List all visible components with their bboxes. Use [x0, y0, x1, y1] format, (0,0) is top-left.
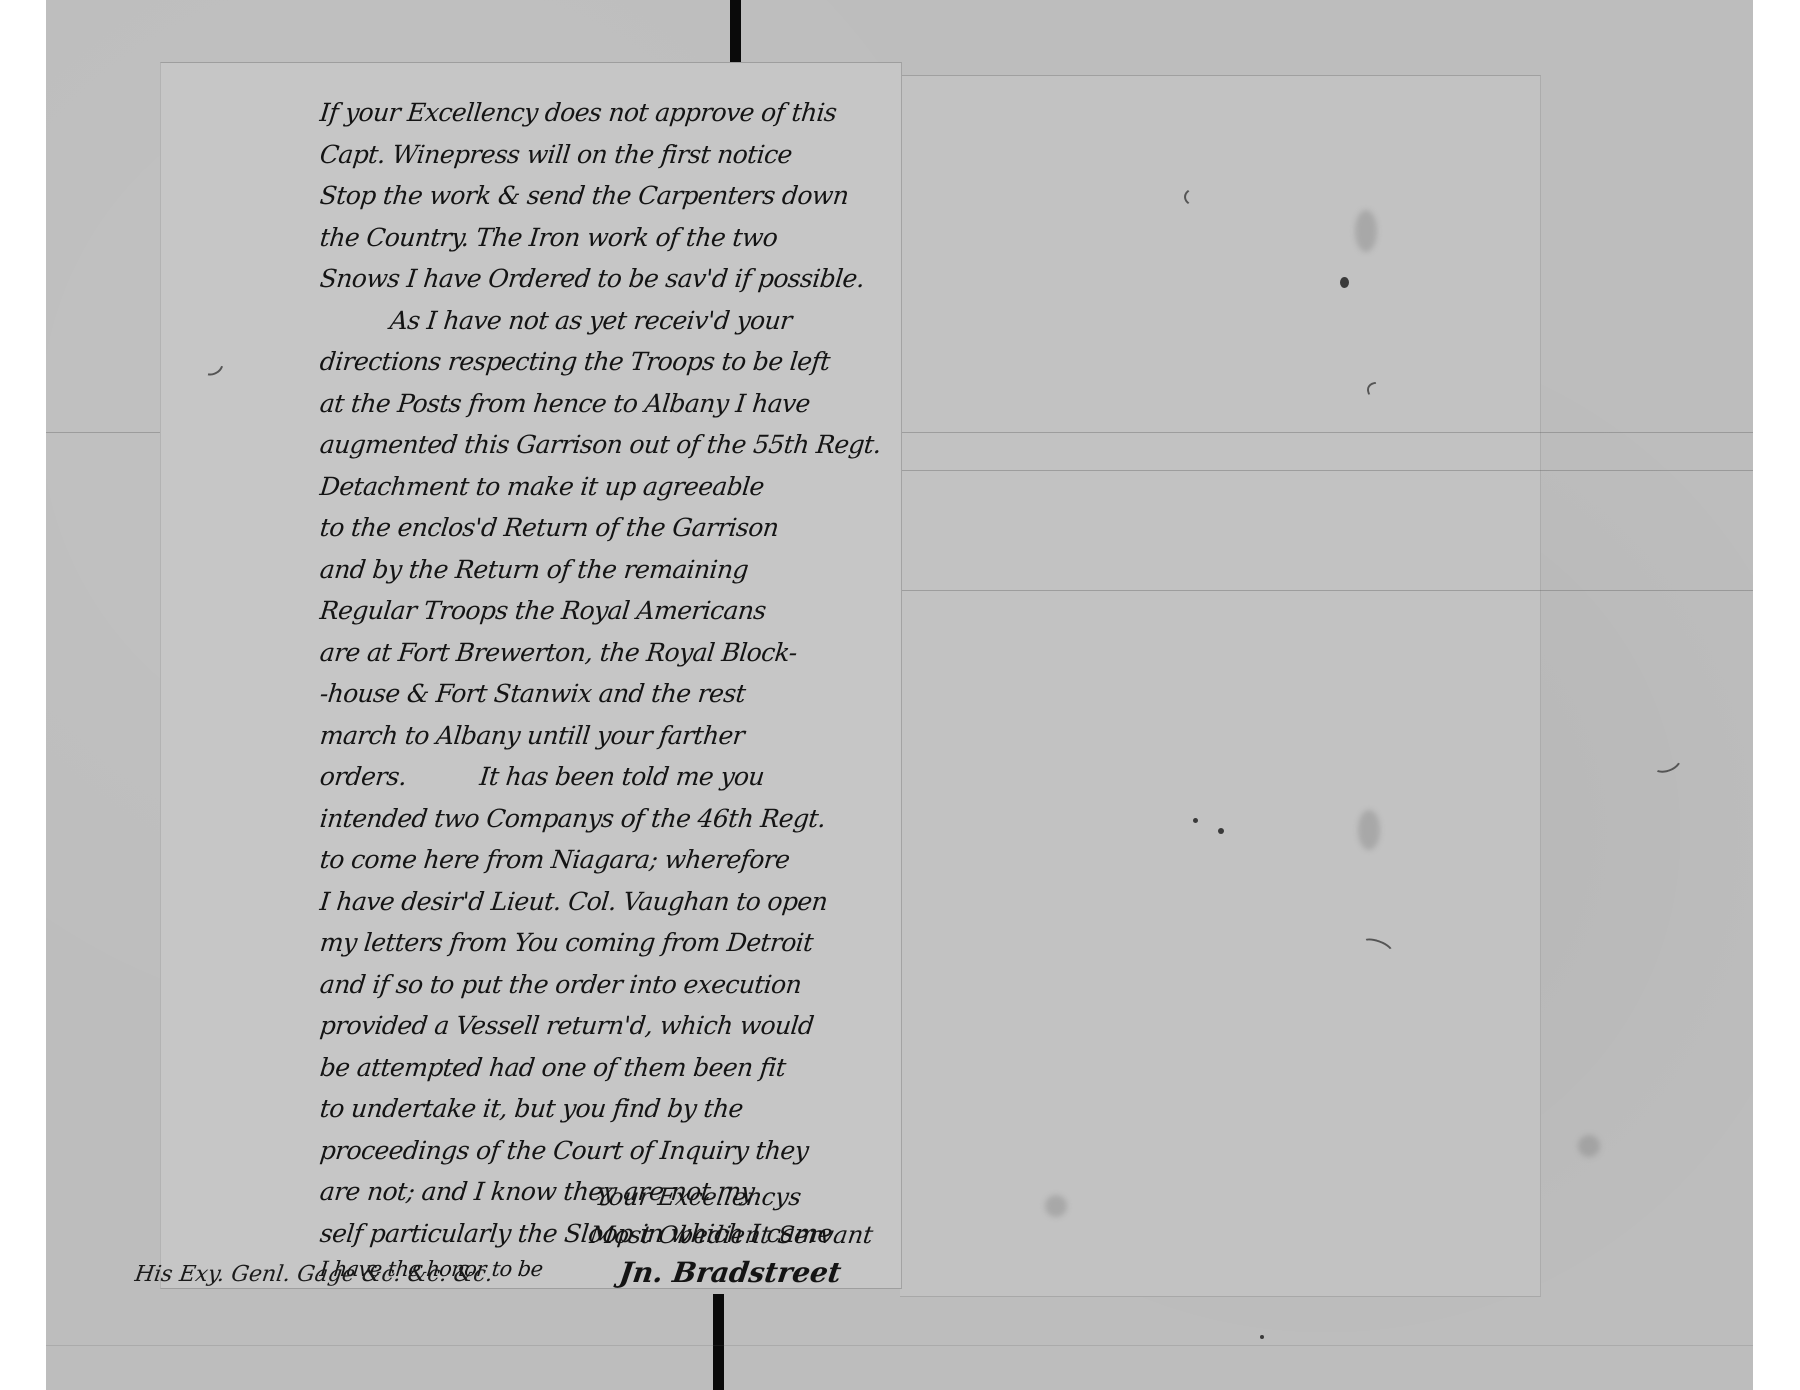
- paper-speck: [1260, 1335, 1264, 1339]
- paper-speck: [1340, 277, 1349, 288]
- letter-line: to undertake it, but you find by the: [318, 1088, 922, 1130]
- letter-line: Detachment to make it up agreeable: [318, 466, 922, 508]
- letter-closing: Your Excellencys Most Obedient Servant J…: [582, 1178, 881, 1292]
- letter-line: intended two Companys of the 46th Regt.: [318, 798, 922, 840]
- paper-speck: [1218, 828, 1224, 834]
- letter-line: and if so to put the order into executio…: [318, 964, 922, 1006]
- letter-line: If your Excellency does not approve of t…: [318, 92, 922, 134]
- letter-line: my letters from You coming from Detroit: [318, 922, 922, 964]
- letter-line: directions respecting the Troops to be l…: [318, 341, 922, 383]
- letter-line: As I have not as yet receiv'd your: [318, 300, 922, 342]
- paper-stain: [1355, 210, 1377, 252]
- fold-line: [900, 470, 1753, 471]
- paper-fiber: [1184, 186, 1218, 208]
- letter-line: and by the Return of the remaining: [318, 549, 922, 591]
- letter-line: -house & Fort Stanwix and the rest: [318, 673, 922, 715]
- letter-line: be attempted had one of them been fit: [318, 1047, 922, 1089]
- closing-salutation: Your Excellencys: [593, 1178, 881, 1216]
- blank-facing-sheet: [900, 75, 1541, 1297]
- letter-line: Regular Troops the Royal Americans: [318, 590, 922, 632]
- top-binding-bar: [730, 0, 741, 70]
- paper-speck: [1193, 818, 1198, 823]
- letter-line: at the Posts from hence to Albany I have: [318, 383, 922, 425]
- paper-stain: [1358, 810, 1380, 850]
- letter-line: I have desir'd Lieut. Col. Vaughan to op…: [318, 881, 922, 923]
- paper-stain: [1045, 1195, 1067, 1217]
- letter-line: Stop the work & send the Carpenters down: [318, 175, 922, 217]
- letter-line: orders. It has been told me you: [318, 756, 922, 798]
- letter-body: If your Excellency does not approve of t…: [320, 92, 920, 1284]
- letter-line: proceedings of the Court of Inquiry they: [318, 1130, 922, 1172]
- letter-line: the Country. The Iron work of the two: [318, 217, 922, 259]
- letter-line: to come here from Niagara; wherefore: [318, 839, 922, 881]
- letter-line: augmented this Garrison out of the 55th …: [318, 424, 922, 466]
- addressee: His Exy. Genl. Gage &c. &c. &c.: [133, 1262, 494, 1287]
- signature: Jn. Bradstreet: [582, 1254, 870, 1292]
- letter-line: march to Albany untill your farther: [318, 715, 922, 757]
- bottom-binding-bar: [713, 1294, 724, 1390]
- paper-stain: [1578, 1135, 1600, 1157]
- letter-line: are at Fort Brewerton, the Royal Block-: [318, 632, 922, 674]
- closing-servant: Most Obedient Servant: [587, 1216, 875, 1254]
- letter-line: to the enclos'd Return of the Garrison: [318, 507, 922, 549]
- letter-line: Capt. Winepress will on the first notice: [318, 134, 922, 176]
- letter-line: provided a Vessell return'd, which would: [318, 1005, 922, 1047]
- letter-line: Snows I have Ordered to be sav'd if poss…: [318, 258, 922, 300]
- fold-line: [900, 590, 1753, 591]
- fold-line: [46, 1345, 1753, 1346]
